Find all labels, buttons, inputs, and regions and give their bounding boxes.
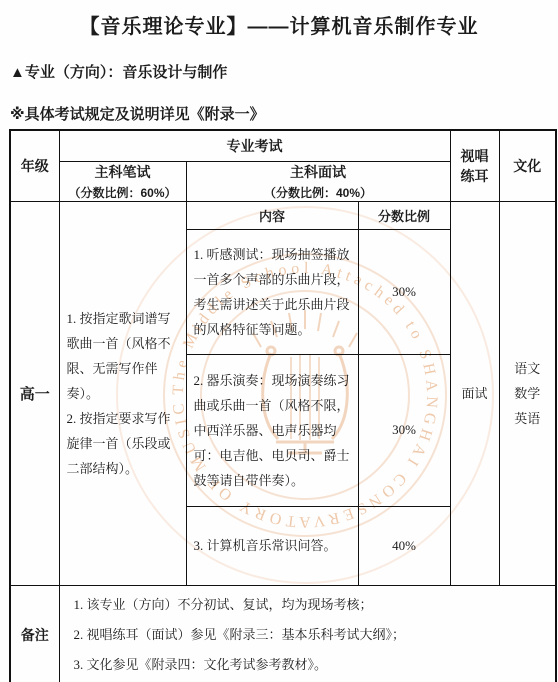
header-cell-culture: 文化 bbox=[499, 130, 556, 201]
remark-line-2: 2. 视唱练耳（面试）参见《附录三：基本乐科考试大纲》； bbox=[74, 620, 550, 650]
header-cell-sight-singing: 视唱 练耳 bbox=[450, 130, 499, 201]
written-test-label: 主科笔试 bbox=[60, 162, 186, 182]
page-title: 【音乐理论专业】——计算机音乐制作专业 bbox=[0, 10, 558, 39]
cell-remarks-label: 备注 bbox=[10, 585, 59, 682]
cell-culture-subjects: 语文 数学 英语 bbox=[499, 201, 556, 585]
remark-line-1: 1. 该专业（方向）不分初试、复试，均为现场考核； bbox=[74, 590, 550, 620]
written-test-ratio: （分数比例：60%） bbox=[60, 184, 186, 201]
subheader-cell-content: 内容 bbox=[186, 201, 358, 229]
cell-written-test-items: 1. 按指定歌词谱写歌曲一首（风格不限、无需写作伴奏）。 2. 按指定要求写作旋… bbox=[59, 201, 186, 585]
remarks-row: 备注 1. 该专业（方向）不分初试、复试，均为现场考核； 2. 视唱练耳（面试）… bbox=[10, 585, 556, 682]
interview-ratio: （分数比例：40%） bbox=[187, 184, 450, 201]
cell-interview-ratio-2: 30% bbox=[358, 354, 450, 506]
cell-interview-item-1: 1. 听感测试：现场抽签播放一首多个声部的乐曲片段，考生需讲述关于此乐曲片段的风… bbox=[186, 229, 358, 354]
cell-sight-singing-value: 面试 bbox=[450, 201, 499, 585]
header-cell-grade: 年级 bbox=[10, 130, 59, 201]
header-cell-professional-exam: 专业考试 bbox=[59, 130, 450, 161]
remark-line-3: 3. 文化参见《附录四：文化考试参考教材》。 bbox=[74, 650, 550, 680]
subheader-cell-score-ratio: 分数比例 bbox=[358, 201, 450, 229]
cell-interview-ratio-1: 30% bbox=[358, 229, 450, 354]
cell-grade-value: 高一 bbox=[10, 201, 59, 585]
cell-interview-ratio-3: 40% bbox=[358, 506, 450, 585]
exam-rules-note-line: ※具体考试规定及说明详见《附录一》 bbox=[10, 103, 265, 124]
header-cell-written-test: 主科笔试 （分数比例：60%） bbox=[59, 161, 186, 201]
header-cell-interview: 主科面试 （分数比例：40%） bbox=[186, 161, 450, 201]
interview-label: 主科面试 bbox=[187, 162, 450, 182]
cell-remarks-content: 1. 该专业（方向）不分初试、复试，均为现场考核； 2. 视唱练耳（面试）参见《… bbox=[59, 585, 556, 682]
exam-requirements-table: 年级 专业考试 视唱 练耳 文化 主科笔试 （分数比例：60%） 主科面试 （分… bbox=[9, 129, 557, 682]
cell-interview-item-2: 2. 器乐演奏：现场演奏练习曲或乐曲一首（风格不限，中西洋乐器、电声乐器均可：电… bbox=[186, 354, 358, 506]
cell-interview-item-3: 3. 计算机音乐常识问答。 bbox=[186, 506, 358, 585]
document-page: The Middle School Attached to SHANGHAI C… bbox=[0, 0, 558, 682]
major-direction-line: ▲专业（方向）：音乐设计与制作 bbox=[10, 61, 227, 82]
